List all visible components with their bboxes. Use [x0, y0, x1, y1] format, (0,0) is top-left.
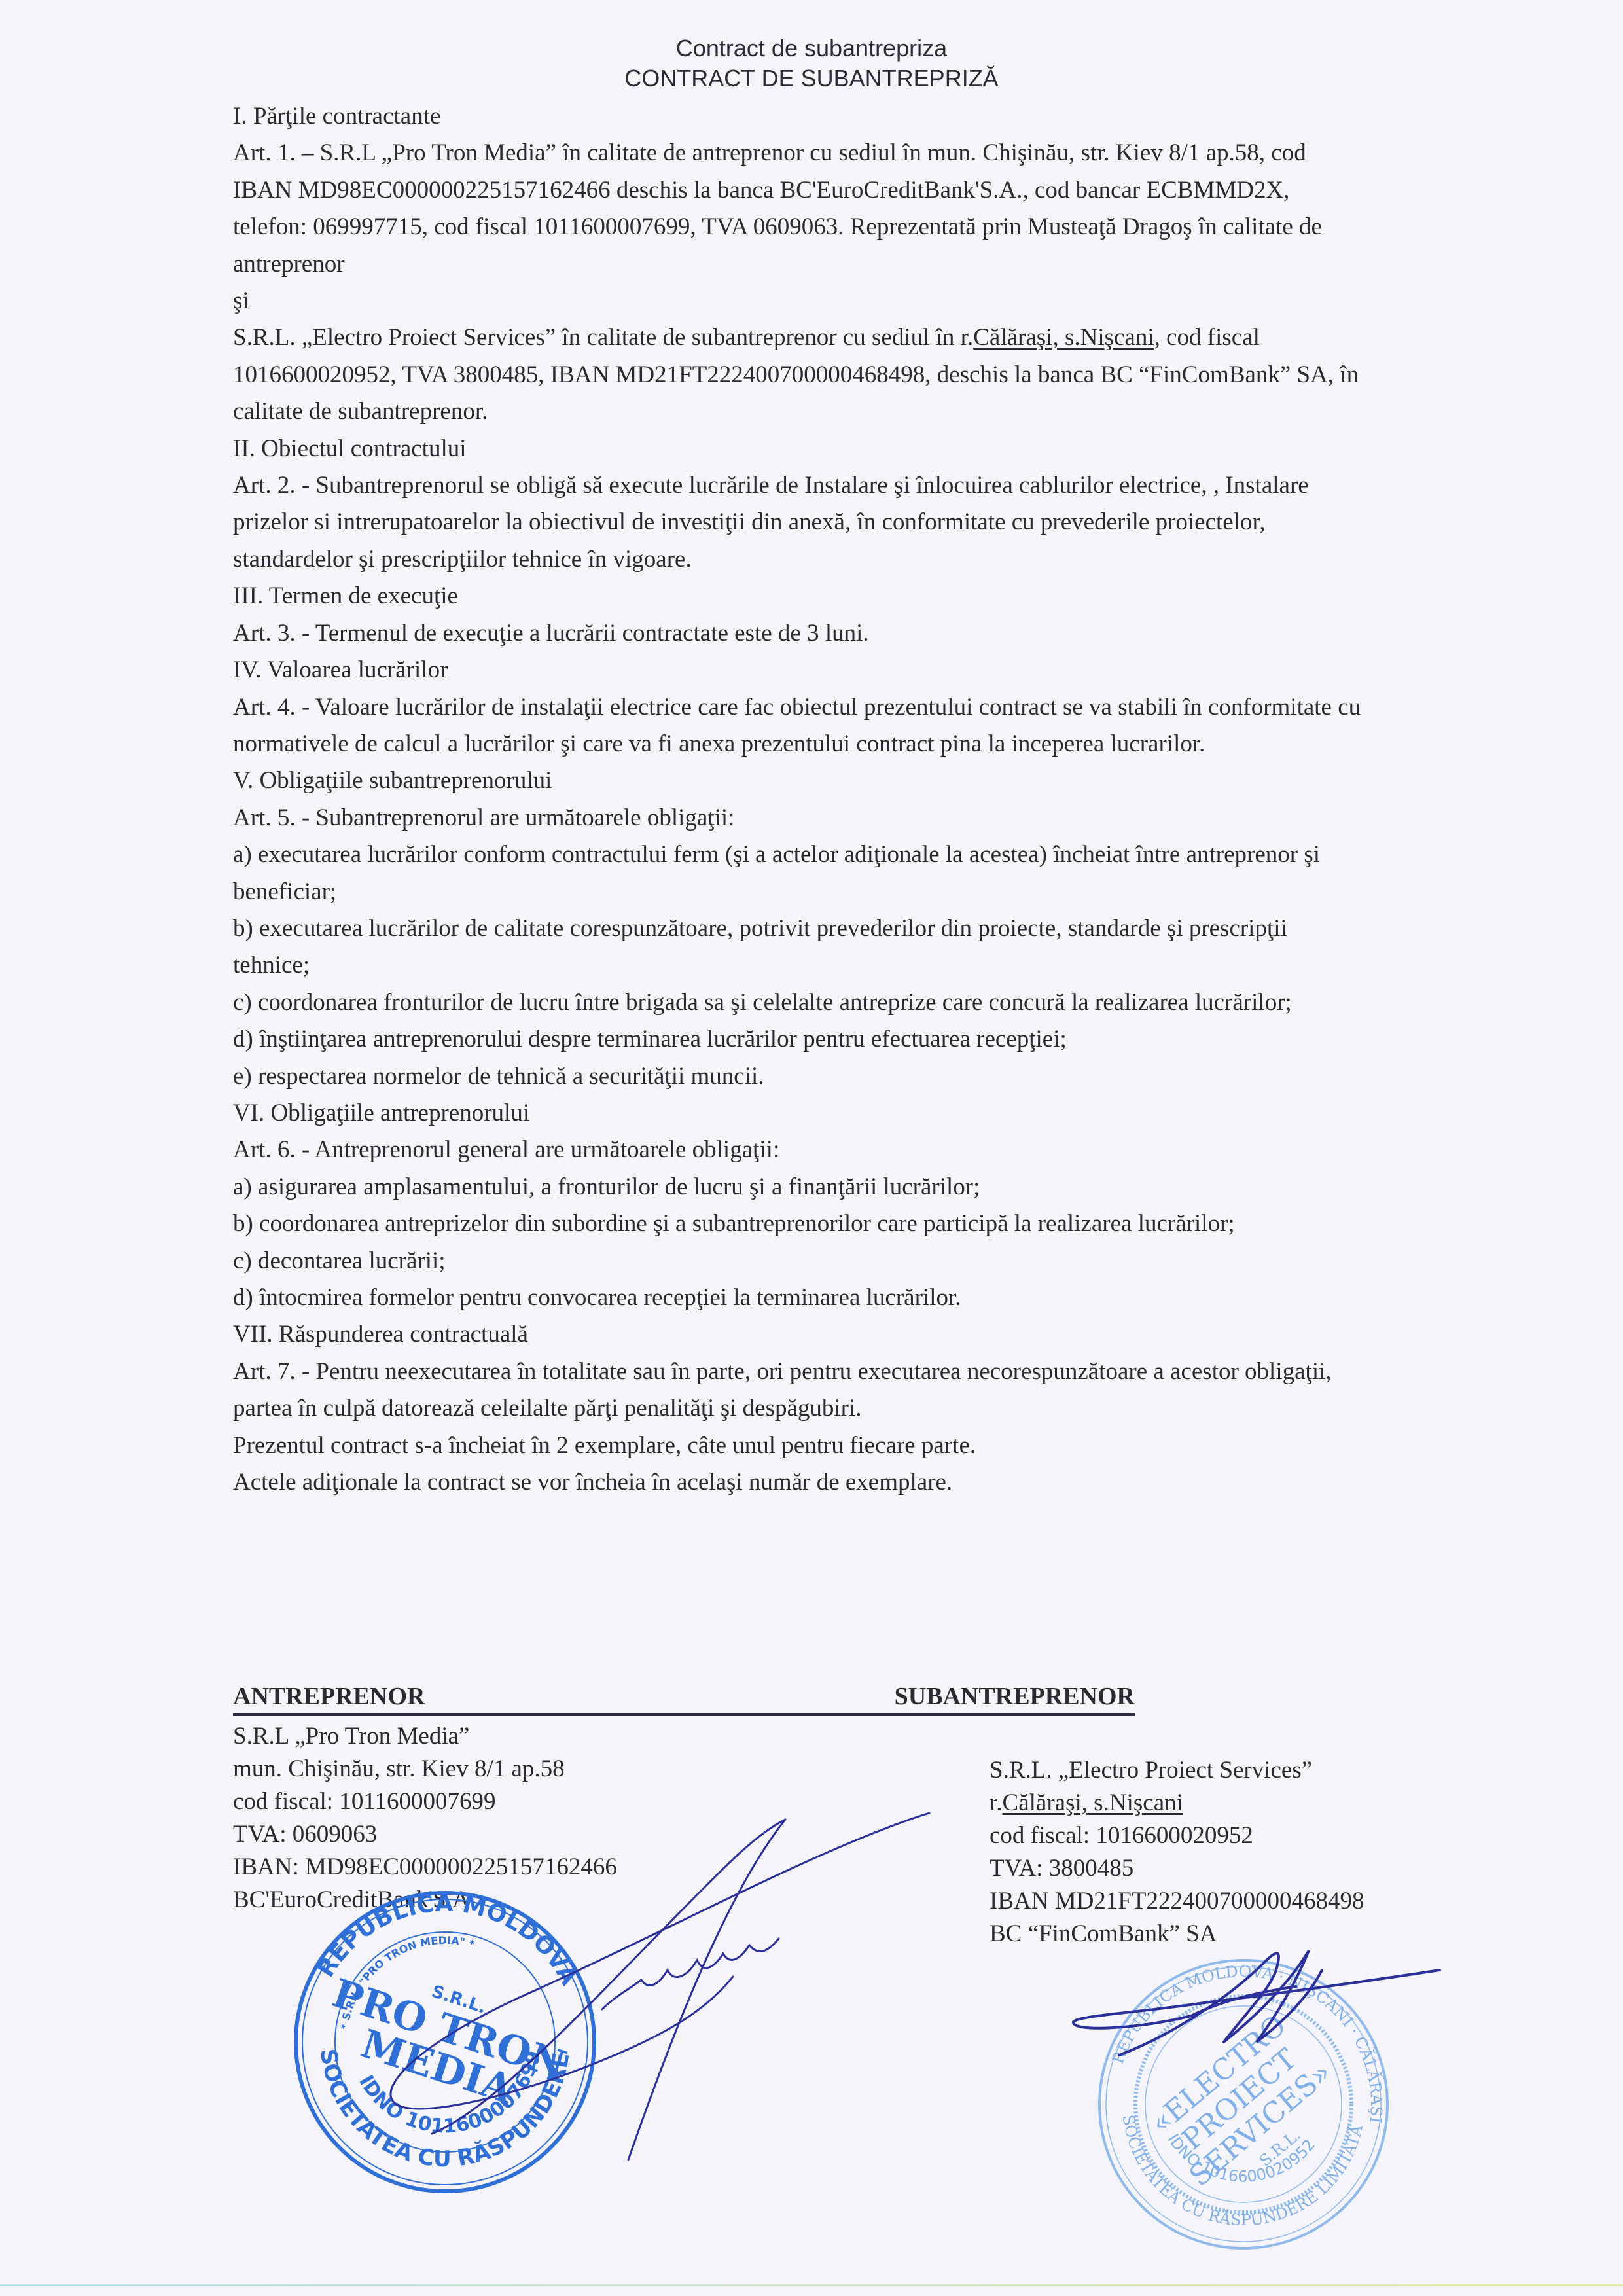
subcontractor-line-1: S.R.L. „Electro Proiect Services” în cal…	[233, 319, 1509, 356]
section-heading-term: III. Termen de execuţie	[233, 578, 1509, 615]
article-4-line-1: Art. 4. - Valoare lucrărilor de instalaţ…	[233, 689, 1509, 726]
svg-text:«ELECTRO: «ELECTRO	[1145, 2009, 1293, 2140]
article-1-line-2: IBAN MD98EC000000225157162466 deschis la…	[233, 172, 1509, 209]
subantreprenor-heading: SUBANTREPRENOR	[895, 1682, 1135, 1711]
electro-proiect-services-stamp-icon: REPUBLICA MOLDOVA · NIŞCANI · CĂLĂRAŞI S…	[1093, 1954, 1394, 2255]
contract-body: I. Părţile contractante Art. 1. – S.R.L …	[233, 98, 1509, 1501]
subantreprenor-vat: TVA: 3800485	[990, 1852, 1364, 1885]
subantreprenor-iban: IBAN MD21FT222400700000468498	[990, 1885, 1364, 1918]
article-4-line-2: normativele de calcul a lucrărilor şi ca…	[233, 726, 1509, 762]
section-heading-liability: VII. Răspunderea contractuală	[233, 1316, 1509, 1353]
section-heading-parties: I. Părţile contractante	[233, 98, 1509, 135]
article-5-a-line-2: beneficiar;	[233, 874, 1509, 910]
antreprenor-vat: TVA: 0609063	[233, 1818, 617, 1851]
pro-tron-media-stamp-icon: REPUBLICA MOLDOVA SOCIETATEA CU RĂSPUNDE…	[288, 1885, 602, 2199]
article-5-b-line-2: tehnice;	[233, 947, 1509, 984]
subcontractor-line-1-tail: , cod fiscal	[1154, 324, 1260, 351]
section-heading-object: II. Obiectul contractului	[233, 431, 1509, 467]
svg-text:PROIECT: PROIECT	[1176, 2042, 1304, 2157]
article-5-a-line-1: a) executarea lucrărilor conform contrac…	[233, 836, 1509, 873]
svg-text:PRO TRON: PRO TRON	[327, 1971, 571, 2089]
svg-text:S.R.L.: S.R.L.	[429, 1982, 489, 2018]
subcontractor-line-3: calitate de subantreprenor.	[233, 393, 1509, 430]
svg-text:MEDIA: MEDIA	[355, 2021, 519, 2113]
subcontractor-line-1-text: S.R.L. „Electro Proiect Services” în cal…	[233, 324, 973, 351]
section-heading-value: IV. Valoarea lucrărilor	[233, 652, 1509, 689]
subantreprenor-address-underlined: Călăraşi, s.Nişcani	[1003, 1789, 1183, 1816]
additional-acts-clause: Actele adiţionale la contract se vor înc…	[233, 1464, 1509, 1501]
svg-text:IDNO 1016600020952: IDNO 1016600020952	[1164, 2130, 1319, 2185]
article-7-line-1: Art. 7. - Pentru neexecutarea în totalit…	[233, 1354, 1509, 1390]
article-7-line-2: partea în culpă datorează celeilalte păr…	[233, 1390, 1509, 1427]
antreprenor-heading: ANTREPRENOR	[233, 1682, 425, 1711]
section-heading-subcontractor-obligations: V. Obligaţiile subantreprenorului	[233, 762, 1509, 799]
article-6-a: a) asigurarea amplasamentului, a frontur…	[233, 1169, 1509, 1206]
svg-text:SERVICES»: SERVICES»	[1183, 2056, 1338, 2193]
subcontractor-line-2: 1016600020952, TVA 3800485, IBAN MD21FT2…	[233, 357, 1509, 393]
contract-page: Contract de subantrepriza CONTRACT DE SU…	[0, 0, 1623, 2296]
signature-headings: ANTREPRENOR SUBANTREPRENOR	[233, 1682, 1135, 1716]
article-6-b: b) coordonarea antreprizelor din subordi…	[233, 1206, 1509, 1242]
article-6: Art. 6. - Antreprenorul general are urmă…	[233, 1132, 1509, 1168]
article-2-line-2: prizelor si intrerupatoarelor la obiecti…	[233, 504, 1509, 541]
article-1-line-4: antreprenor	[233, 246, 1509, 283]
antreprenor-details: S.R.L „Pro Tron Media” mun. Chişinău, st…	[233, 1720, 617, 1916]
svg-text:S.R.L.: S.R.L.	[1256, 2126, 1304, 2170]
article-5: Art. 5. - Subantreprenorul are următoare…	[233, 800, 1509, 836]
copies-clause: Prezentul contract s-a încheiat în 2 exe…	[233, 1427, 1509, 1464]
article-1-line-3: telefon: 069997715, cod fiscal 101160000…	[233, 209, 1509, 245]
scan-edge-line	[0, 2284, 1623, 2286]
article-5-e: e) respectarea normelor de tehnică a sec…	[233, 1058, 1509, 1095]
subantreprenor-address: r.Călăraşi, s.Nişcani	[990, 1787, 1364, 1820]
section-heading-contractor-obligations: VI. Obligaţiile antreprenorului	[233, 1095, 1509, 1132]
article-5-b-line-1: b) executarea lucrărilor de calitate cor…	[233, 910, 1509, 947]
svg-text:REPUBLICA MOLDOVA · NIŞCANI ·: REPUBLICA MOLDOVA · NIŞCANI · CĂLĂRAŞI	[1109, 1962, 1385, 2125]
subantreprenor-fiscal-code: cod fiscal: 1016600020952	[990, 1820, 1364, 1852]
article-2-line-1: Art. 2. - Subantreprenorul se obligă să …	[233, 467, 1509, 504]
svg-text:IDNO 1011600007699: IDNO 1011600007699	[354, 2049, 546, 2138]
document-title-small: Contract de subantrepriza	[0, 37, 1623, 60]
svg-text:* S.R.L. "PRO TRON MEDIA" *: * S.R.L. "PRO TRON MEDIA" *	[338, 1934, 476, 2030]
article-1-line-1: Art. 1. – S.R.L „Pro Tron Media” în cali…	[233, 135, 1509, 171]
subantreprenor-bank: BC “FinComBank” SA	[990, 1918, 1364, 1950]
article-3: Art. 3. - Termenul de execuţie a lucrări…	[233, 615, 1509, 652]
antreprenor-name: S.R.L „Pro Tron Media”	[233, 1720, 617, 1753]
subcontractor-address-underlined: Călăraşi, s.Nişcani	[973, 324, 1154, 351]
svg-text:SOCIETATEA CU RĂSPUNDERE LIMIT: SOCIETATEA CU RĂSPUNDERE LIMITATĂ	[288, 1885, 575, 2172]
antreprenor-bank: BC'EuroCreditBank'S.A	[233, 1884, 617, 1916]
antreprenor-iban: IBAN: MD98EC000000225157162466	[233, 1851, 617, 1884]
document-title: CONTRACT DE SUBANTREPRIZĂ	[0, 67, 1623, 90]
antreprenor-fiscal-code: cod fiscal: 1011600007699	[233, 1785, 617, 1818]
article-6-c: c) decontarea lucrării;	[233, 1243, 1509, 1280]
article-5-c: c) coordonarea fronturilor de lucru într…	[233, 984, 1509, 1021]
conjunction-and: şi	[233, 283, 1509, 319]
subantreprenor-address-prefix: r.	[990, 1789, 1003, 1816]
article-5-d: d) înştiinţarea antreprenorului despre t…	[233, 1021, 1509, 1058]
article-6-d: d) întocmirea formelor pentru convocarea…	[233, 1280, 1509, 1316]
article-2-line-3: standardelor şi prescripţiilor tehnice î…	[233, 541, 1509, 578]
svg-text:SOCIETATEA CU RĂSPUNDERE LIMIT: SOCIETATEA CU RĂSPUNDERE LIMITATĂ	[1119, 2113, 1366, 2229]
subantreprenor-name: S.R.L. „Electro Proiect Services”	[990, 1754, 1364, 1787]
antreprenor-address: mun. Chişinău, str. Kiev 8/1 ap.58	[233, 1753, 617, 1785]
subantreprenor-details: S.R.L. „Electro Proiect Services” r.Călă…	[990, 1754, 1364, 1950]
